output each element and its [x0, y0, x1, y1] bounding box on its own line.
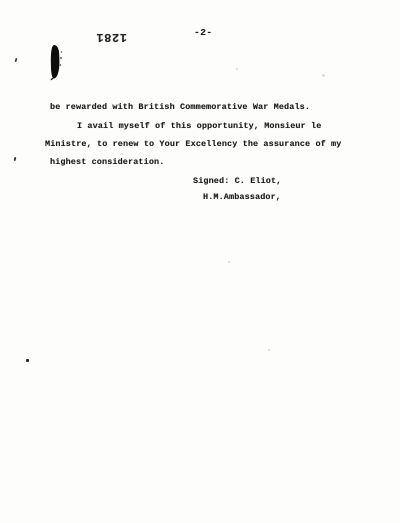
body-line: I avail myself of this opportunity, Mons…	[77, 121, 321, 131]
body-line: be rewarded with British Commemorative W…	[50, 102, 310, 112]
paper-speck	[228, 261, 230, 263]
letter-page: 1281 -2- be rewarded with British Commem…	[0, 0, 400, 523]
signature-title-line: H.M.Ambassador,	[203, 192, 281, 202]
ink-speck	[14, 58, 17, 62]
archive-stamp-number: 1281	[93, 30, 127, 44]
ink-blot	[49, 43, 65, 83]
signature-line: Signed: C. Eliot,	[193, 176, 281, 186]
paper-speck	[322, 74, 325, 77]
page-number: -2-	[194, 27, 213, 38]
paper-speck	[236, 68, 238, 70]
ink-speck	[26, 359, 29, 362]
body-line: highest consideration.	[50, 157, 164, 167]
ink-speck	[14, 157, 17, 161]
body-line: Ministre, to renew to Your Excellency th…	[45, 139, 341, 149]
paper-speck	[268, 349, 270, 351]
